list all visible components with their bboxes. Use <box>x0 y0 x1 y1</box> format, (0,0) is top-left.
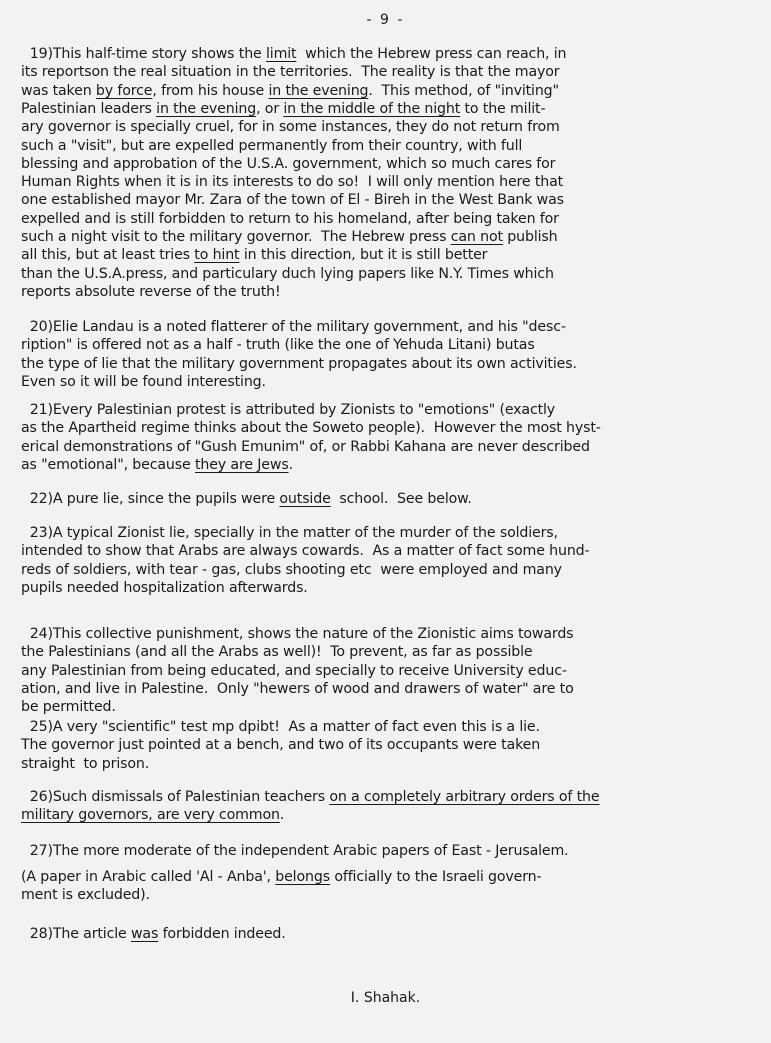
text-line: blessing and approbation of the U.S.A. g… <box>21 155 555 173</box>
text-run: was taken <box>21 83 96 99</box>
text-run: 19)This half-time story shows the <box>21 46 266 62</box>
text-run: ation, and live in Palestine. Only "hewe… <box>21 681 574 697</box>
text-line: expelled and is still forbidden to retur… <box>21 210 559 228</box>
text-line: the Palestinians (and all the Arabs as w… <box>21 643 532 661</box>
text-run: reports absolute reverse of the truth! <box>21 284 280 300</box>
text-run: such a night visit to the military gover… <box>21 229 451 245</box>
text-run: its reportson the real situation in the … <box>21 64 559 80</box>
underlined-text: on a completely arbitrary orders of the <box>329 789 599 805</box>
text-line: intended to show that Arabs are always c… <box>21 542 589 560</box>
text-run: , or <box>256 101 283 117</box>
text-line: The governor just pointed at a bench, an… <box>21 736 540 754</box>
text-run: all this, but at least tries <box>21 247 194 263</box>
text-line: 21)Every Palestinian protest is attribut… <box>21 401 555 419</box>
text-line: reds of soldiers, with tear - gas, clubs… <box>21 561 562 579</box>
text-line: be permitted. <box>21 698 116 716</box>
text-line: as "emotional", because they are Jews. <box>21 456 293 474</box>
underlined-text: in the evening <box>268 83 368 99</box>
text-line: military governors, are very common. <box>21 806 284 824</box>
underlined-text: in the middle of the night <box>283 101 460 117</box>
text-run: which the Hebrew press can reach, in <box>296 46 566 62</box>
text-line: ment is excluded). <box>21 886 150 904</box>
text-run: as the Apartheid regime thinks about the… <box>21 420 601 436</box>
text-line: one established mayor Mr. Zara of the to… <box>21 191 564 209</box>
text-run: ment is excluded). <box>21 887 150 903</box>
text-line: any Palestinian from being educated, and… <box>21 662 567 680</box>
text-line: 24)This collective punishment, shows the… <box>21 625 573 643</box>
text-run: the Palestinians (and all the Arabs as w… <box>21 644 532 660</box>
text-line: Human Rights when it is in its interests… <box>21 173 563 191</box>
text-line: 19)This half-time story shows the limit … <box>21 45 566 63</box>
underlined-text: in the evening <box>156 101 256 117</box>
text-line: reports absolute reverse of the truth! <box>21 283 280 301</box>
text-run: 20)Elie Landau is a noted flatterer of t… <box>21 319 566 335</box>
text-line: 28)The article was forbidden indeed. <box>21 925 286 943</box>
underlined-text: they are Jews <box>195 457 289 473</box>
text-run: school. See below. <box>331 491 472 507</box>
underlined-text: to hint <box>194 247 239 263</box>
text-run: Human Rights when it is in its interests… <box>21 174 563 190</box>
text-line: such a night visit to the military gover… <box>21 228 558 246</box>
text-run: . <box>289 457 293 473</box>
text-run: one established mayor Mr. Zara of the to… <box>21 192 564 208</box>
text-run: publish <box>503 229 558 245</box>
text-run: 27)The more moderate of the independent … <box>21 843 569 859</box>
document-page: - 9 - 19)This half-time story shows the … <box>0 0 771 1043</box>
text-run: in this direction, but it is still bette… <box>239 247 487 263</box>
text-run: , from his house <box>152 83 268 99</box>
text-run: ription" is offered not as a half - trut… <box>21 337 535 353</box>
text-run: 24)This collective punishment, shows the… <box>21 626 573 642</box>
text-run: The governor just pointed at a bench, an… <box>21 737 540 753</box>
text-line: ary governor is specially cruel, for in … <box>21 118 560 136</box>
text-line: pupils needed hospitalization afterwards… <box>21 579 308 597</box>
underlined-text: limit <box>266 46 296 62</box>
text-line: straight to prison. <box>21 755 149 773</box>
text-run: such a "visit", but are expelled permane… <box>21 138 522 154</box>
text-line: as the Apartheid regime thinks about the… <box>21 419 601 437</box>
text-run: pupils needed hospitalization afterwards… <box>21 580 308 596</box>
text-line: 23)A typical Zionist lie, specially in t… <box>21 524 558 542</box>
text-run: . This method, of "inviting" <box>368 83 559 99</box>
text-run: erical demonstrations of "Gush Emunim" o… <box>21 439 590 455</box>
text-run: blessing and approbation of the U.S.A. g… <box>21 156 555 172</box>
text-run: 21)Every Palestinian protest is attribut… <box>21 402 555 418</box>
text-run: as "emotional", because <box>21 457 195 473</box>
text-line: Even so it will be found interesting. <box>21 373 266 391</box>
underlined-text: military governors, are very common <box>21 807 280 823</box>
text-run: (A paper in Arabic called 'Al - Anba', <box>21 869 275 885</box>
underlined-text: outside <box>279 491 330 507</box>
text-line: than the U.S.A.press, and particulary du… <box>21 265 554 283</box>
text-line: was taken by force, from his house in th… <box>21 82 559 100</box>
text-line: the type of lie that the military govern… <box>21 355 577 373</box>
underlined-text: was <box>131 926 158 942</box>
text-run: Palestinian leaders <box>21 101 156 117</box>
underlined-text: by force <box>96 83 152 99</box>
text-run: be permitted. <box>21 699 116 715</box>
signature: I. Shahak. <box>0 990 771 1006</box>
text-line: 26)Such dismissals of Palestinian teache… <box>21 788 599 806</box>
text-run: 25)A very "scientific" test mp dpibt! As… <box>21 719 540 735</box>
underlined-text: belongs <box>275 869 330 885</box>
text-run: to the milit- <box>460 101 545 117</box>
text-line: Palestinian leaders in the evening, or i… <box>21 100 545 118</box>
text-line: 25)A very "scientific" test mp dpibt! As… <box>21 718 540 736</box>
text-line: ription" is offered not as a half - trut… <box>21 336 535 354</box>
text-run: the type of lie that the military govern… <box>21 356 577 372</box>
text-run: straight to prison. <box>21 756 149 772</box>
text-run: 28)The article <box>21 926 131 942</box>
underlined-text: can not <box>451 229 503 245</box>
text-line: ation, and live in Palestine. Only "hewe… <box>21 680 574 698</box>
text-line: such a "visit", but are expelled permane… <box>21 137 522 155</box>
text-line: all this, but at least tries to hint in … <box>21 246 487 264</box>
text-line: erical demonstrations of "Gush Emunim" o… <box>21 438 590 456</box>
text-run: 22)A pure lie, since the pupils were <box>21 491 279 507</box>
text-run: ary governor is specially cruel, for in … <box>21 119 560 135</box>
text-run: . <box>280 807 284 823</box>
text-run: reds of soldiers, with tear - gas, clubs… <box>21 562 562 578</box>
text-run: intended to show that Arabs are always c… <box>21 543 589 559</box>
text-line: 27)The more moderate of the independent … <box>21 842 569 860</box>
page-number: - 9 - <box>0 12 771 28</box>
text-run: expelled and is still forbidden to retur… <box>21 211 559 227</box>
text-run: than the U.S.A.press, and particulary du… <box>21 266 554 282</box>
text-run: any Palestinian from being educated, and… <box>21 663 567 679</box>
text-run: Even so it will be found interesting. <box>21 374 266 390</box>
text-run: forbidden indeed. <box>158 926 285 942</box>
text-line: 20)Elie Landau is a noted flatterer of t… <box>21 318 566 336</box>
text-line: (A paper in Arabic called 'Al - Anba', b… <box>21 868 541 886</box>
text-line: its reportson the real situation in the … <box>21 63 559 81</box>
text-run: officially to the Israeli govern- <box>330 869 542 885</box>
text-run: 26)Such dismissals of Palestinian teache… <box>21 789 329 805</box>
text-run: 23)A typical Zionist lie, specially in t… <box>21 525 558 541</box>
text-line: 22)A pure lie, since the pupils were out… <box>21 490 472 508</box>
